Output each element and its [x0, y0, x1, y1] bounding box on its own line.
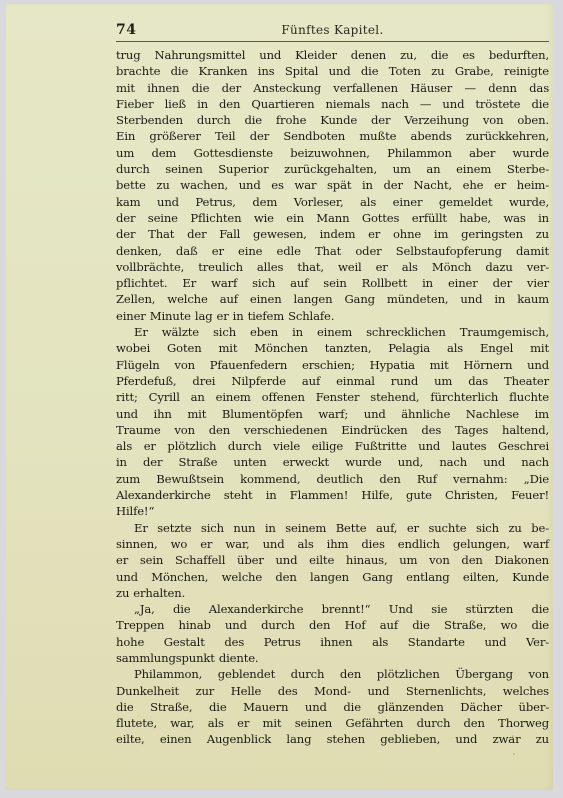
text-line: der That der Fall gewesen, indem er ohne…: [116, 226, 549, 242]
paragraph: „Ja, die Alexanderkirche brennt!“ Und si…: [116, 601, 549, 666]
text-line: der seine Pflichten wie ein Mann Gottes …: [116, 210, 549, 226]
text-line: Flügeln von Pfauenfedern erschien; Hypat…: [116, 357, 549, 373]
text-line: Sterbenden durch die frohe Kunde der Ver…: [116, 112, 549, 128]
text-line: Dunkelheit zur Helle des Mond- und Stern…: [116, 683, 549, 699]
body-text: trug Nahrungsmittel und Kleider denen zu…: [116, 47, 549, 748]
text-line: Philammon, geblendet durch den plötzlich…: [116, 666, 549, 682]
text-line: Alexanderkirche steht in Flammen! Hilfe,…: [116, 487, 549, 503]
book-page: 74 Fünftes Kapitel. trug Nahrungsmittel …: [6, 4, 553, 790]
text-line: zum Bewußtsein kommend, deutlich den Ruf…: [116, 471, 549, 487]
text-line: Zellen, welche auf einen langen Gang mün…: [116, 291, 549, 307]
text-line: Treppen hinab und durch den Hof auf die …: [116, 617, 549, 633]
text-line: in der Straße unten erweckt wurde und, n…: [116, 454, 549, 470]
text-line: Traume von den verschiedenen Eindrücken …: [116, 422, 549, 438]
text-line: einer Minute lag er in tiefem Schlafe.: [116, 308, 549, 324]
text-line: Fieber ließ in den Quartieren niemals na…: [116, 96, 549, 112]
text-line: flutete, war, als er mit seinen Gefährte…: [116, 715, 549, 731]
text-line: brachte die Kranken ins Spital und die T…: [116, 63, 549, 79]
text-line: hohe Gestalt des Petrus ihnen als Standa…: [116, 634, 549, 650]
text-line: kam und Petrus, dem Vorleser, als einer …: [116, 194, 549, 210]
text-line: Ein größerer Teil der Sendboten mußte ab…: [116, 128, 549, 144]
text-line: Er setzte sich nun in seinem Bette auf, …: [116, 520, 549, 536]
text-line: trug Nahrungsmittel und Kleider denen zu…: [116, 47, 549, 63]
text-line: wobei Goten mit Mönchen tanzten, Pelagia…: [116, 340, 549, 356]
text-line: „Ja, die Alexanderkirche brennt!“ Und si…: [116, 601, 549, 617]
text-line: denken, daß er eine edle That oder Selbs…: [116, 243, 549, 259]
text-line: bette zu wachen, und es war spät in der …: [116, 177, 549, 193]
text-line: durch seinen Superior zurückgehalten, um…: [116, 161, 549, 177]
page-header: 74 Fünftes Kapitel.: [116, 21, 549, 41]
text-line: Er wälzte sich eben in einem schrecklich…: [116, 324, 549, 340]
text-line: zu erhalten.: [116, 585, 549, 601]
paragraph: Er setzte sich nun in seinem Bette auf, …: [116, 520, 549, 601]
text-line: ritt; Cyrill an einem offenen Fenster st…: [116, 389, 549, 405]
text-line: um dem Gottesdienste beizuwohnen, Philam…: [116, 145, 549, 161]
text-line: Hilfe!“: [116, 503, 549, 519]
paragraph: Philammon, geblendet durch den plötzlich…: [116, 666, 549, 747]
text-line: eilte, einen Augenblick lang stehen gebl…: [116, 731, 549, 747]
text-line: sinnen, wo er war, und als ihm dies endl…: [116, 536, 549, 552]
text-line: pflichtet. Er warf sich auf sein Rollbet…: [116, 275, 549, 291]
paragraph: Er wälzte sich eben in einem schrecklich…: [116, 324, 549, 520]
text-line: sammlungspunkt diente.: [116, 650, 549, 666]
paragraph: trug Nahrungsmittel und Kleider denen zu…: [116, 47, 549, 324]
text-line: vollbrächte, treulich alles that, weil e…: [116, 259, 549, 275]
text-line: als er plötzlich durch viele eilige Fußt…: [116, 438, 549, 454]
text-line: und ihn mit Blumentöpfen warf; und ähnli…: [116, 406, 549, 422]
text-line: und Mönchen, welche den langen Gang entl…: [116, 569, 549, 585]
text-line: die Straße, die Mauern und die glänzende…: [116, 699, 549, 715]
text-line: mit ihnen die der Ansteckung verfallenen…: [116, 80, 549, 96]
header-rule: [116, 41, 549, 42]
text-line: Pferdefuß, drei Nilpferde auf einmal run…: [116, 373, 549, 389]
running-title: Fünftes Kapitel.: [116, 23, 549, 37]
text-line: er sein Schaffell über und eilte hinaus,…: [116, 552, 549, 568]
paper-speck: [513, 753, 515, 755]
